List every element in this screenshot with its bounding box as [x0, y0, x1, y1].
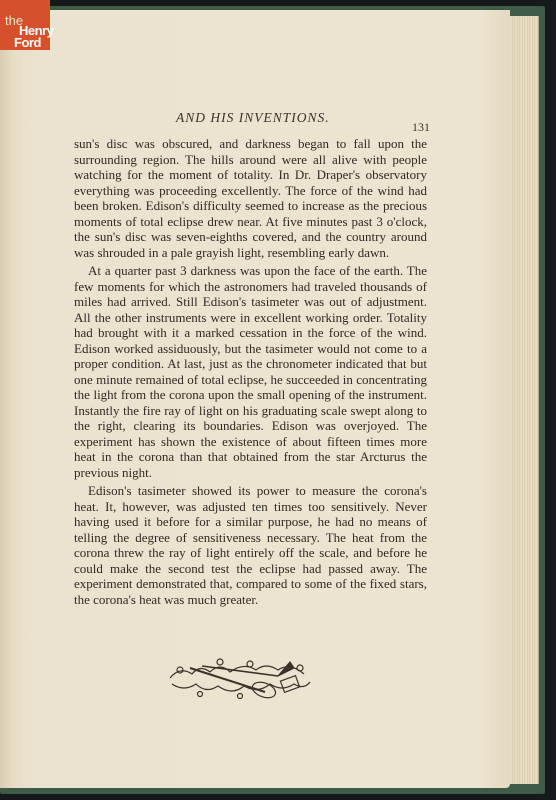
running-head: AND HIS INVENTIONS. [176, 110, 330, 126]
page-number: 131 [412, 120, 430, 135]
paragraph-3: Edison's tasimeter showed its power to m… [74, 483, 427, 607]
paragraph-2: At a quarter past 3 darkness was upon th… [74, 263, 427, 480]
body-text: sun's disc was obscured, and darkness be… [74, 136, 427, 607]
henry-ford-logo: the Henry Ford [0, 0, 50, 50]
logo-text-ford: Ford [14, 36, 41, 49]
ornament-tailpiece-icon [160, 650, 315, 702]
paragraph-1: sun's disc was obscured, and darkness be… [74, 136, 427, 260]
book-page: AND HIS INVENTIONS. 131 sun's disc was o… [0, 10, 510, 788]
